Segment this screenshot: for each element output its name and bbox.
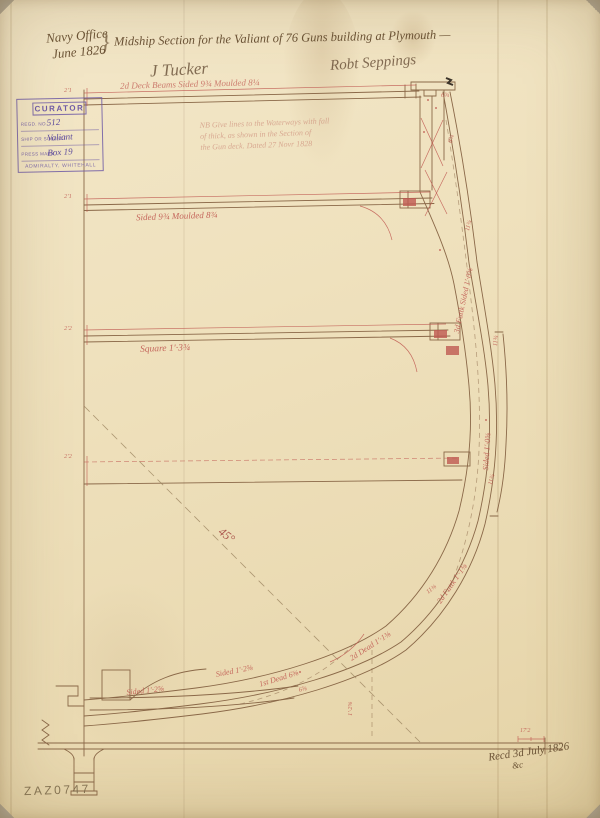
knee <box>390 338 417 372</box>
orlop-red-dashed <box>84 458 460 462</box>
stamp-row-regd-no: Regd. No. 512 <box>21 117 99 132</box>
stamp-heading: CURATOR <box>32 101 86 115</box>
inner-planking <box>84 92 490 716</box>
deck-height-tick: 2′1 <box>64 193 72 200</box>
lower-deck-line <box>84 330 448 336</box>
waterway-block <box>403 198 416 206</box>
waterway-block <box>434 330 447 338</box>
middle-deck-line <box>84 198 432 205</box>
scantling-number: 11¾ <box>492 335 500 346</box>
scantling-number: 1′·2⅝ <box>347 702 354 716</box>
stamp-row-ship: Ship or Subject Valiant <box>21 132 99 147</box>
received-note-2: &c <box>511 759 523 770</box>
ceiling-line <box>84 192 471 700</box>
deck-height-tick: 2′2 <box>64 453 72 460</box>
scale-note: 17′2 <box>520 728 530 734</box>
lower-deck-annotation: Square 1′·3¾ <box>140 343 190 355</box>
ship-name: Valiant <box>47 131 73 142</box>
curator-stamp: CURATOR Regd. No. 512 Ship or Subject Va… <box>16 97 104 173</box>
knee <box>360 206 392 240</box>
garboard <box>64 749 74 760</box>
deadwood-steps <box>56 686 84 706</box>
deck-height-tick: 2′1 <box>64 87 72 94</box>
press-mark: Box 19 <box>47 146 73 157</box>
stamp-label: Regd. No. <box>21 121 48 127</box>
ink-blot <box>446 78 453 85</box>
stamp-row-press-mark: Press Mark Box 19 <box>21 147 99 162</box>
registry-number: 512 <box>46 117 60 128</box>
archive-number: ZAZ0747 <box>24 782 91 798</box>
stamp-footer: ADMIRALTY, WHITEHALL <box>22 162 100 170</box>
frame-dashed-line <box>446 120 480 592</box>
header-brace: } <box>99 30 110 58</box>
red-deck-line <box>84 324 446 330</box>
waterway-block <box>447 457 459 464</box>
red-deck-line <box>84 192 430 199</box>
deck-height-tick: 2′2 <box>64 325 72 332</box>
archival-ship-plan: { "header": { "office": "Navy Office", "… <box>0 0 600 818</box>
orlop-deck-line <box>84 480 462 484</box>
scantling-number: 6¾ <box>441 92 449 99</box>
red-chock <box>446 346 459 355</box>
break-zigzag <box>42 720 49 745</box>
outer-planking <box>84 92 497 726</box>
